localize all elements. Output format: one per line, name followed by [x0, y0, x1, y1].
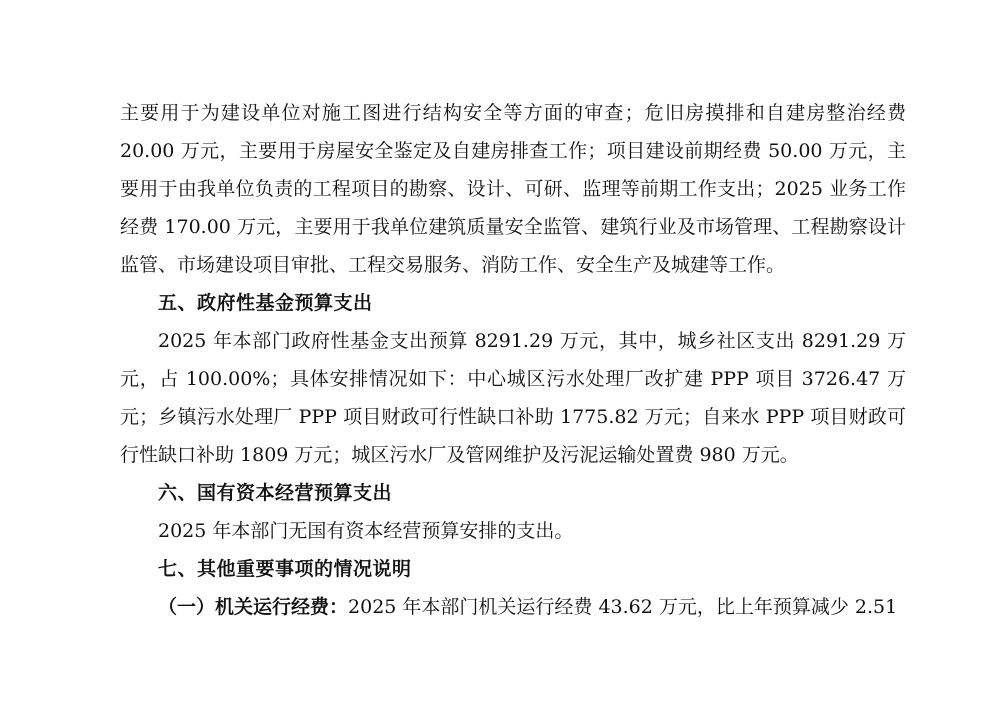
document-page: 主要用于为建设单位对施工图进行结构安全等方面的审查；危旧房摸排和自建房整治经费 … — [0, 0, 1000, 706]
paragraph-special-funds-continuation: 主要用于为建设单位对施工图进行结构安全等方面的审查；危旧房摸排和自建房整治经费 … — [120, 94, 906, 284]
paragraph-state-capital-budget: 2025 年本部门无国有资本经营预算安排的支出。 — [120, 512, 906, 550]
document-content: 主要用于为建设单位对施工图进行结构安全等方面的审查；危旧房摸排和自建房整治经费 … — [120, 94, 906, 626]
paragraph-agency-operating-expenses: （一）机关运行经费：2025 年本部门机关运行经费 43.62 万元，比上年预算… — [120, 588, 906, 626]
paragraph-government-fund-budget: 2025 年本部门政府性基金支出预算 8291.29 万元，其中，城乡社区支出 … — [120, 322, 906, 474]
paragraph-agency-operating-expenses-text: 2025 年本部门机关运行经费 43.62 万元，比上年预算减少 2.51 — [348, 596, 897, 618]
paragraph-agency-operating-expenses-lead: （一）机关运行经费： — [158, 596, 348, 618]
heading-section-7-other-important-matters: 七、其他重要事项的情况说明 — [120, 550, 906, 588]
heading-section-6-state-capital-budget: 六、国有资本经营预算支出 — [120, 474, 906, 512]
heading-section-5-government-fund-budget: 五、政府性基金预算支出 — [120, 284, 906, 322]
